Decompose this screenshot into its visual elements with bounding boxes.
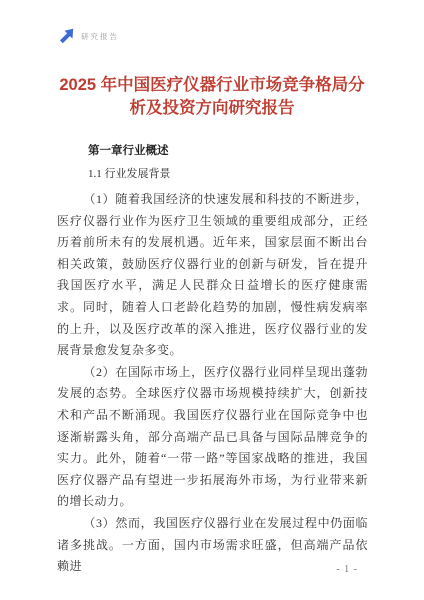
paragraph: （1）随着我国经济的快速发展和科技的不断进步，医疗仪器行业作为医疗卫生领域的重要… (57, 189, 368, 362)
paragraph-list: （1）随着我国经济的快速发展和科技的不断进步，医疗仪器行业作为医疗卫生领域的重要… (57, 189, 368, 578)
page-number: - 1 - (336, 564, 358, 575)
brand-text: 研究报告 (81, 31, 119, 42)
paragraph: （3）然而，我国医疗仪器行业在发展过程中仍面临诸多挑战。一方面，国内市场需求旺盛… (57, 513, 368, 578)
report-title: 2025 年中国医疗仪器行业市场竞争格局分析及投资方向研究报告 (54, 74, 370, 120)
report-body: 第一章行业概述 1.1 行业发展背景 （1）随着我国经济的快速发展和科技的不断进… (57, 143, 368, 578)
brand-logo: 研究报告 (58, 28, 119, 44)
report-page: 研究报告 2025 年中国医疗仪器行业市场竞争格局分析及投资方向研究报告 第一章… (0, 0, 424, 600)
subsection-heading: 1.1 行业发展背景 (88, 167, 368, 182)
chapter-heading: 第一章行业概述 (88, 143, 368, 159)
arrow-up-right-icon (58, 28, 74, 44)
paragraph: （2）在国际市场上，医疗仪器行业同样呈现出蓬勃发展的态势。全球医疗仪器市场规模持… (57, 362, 368, 513)
